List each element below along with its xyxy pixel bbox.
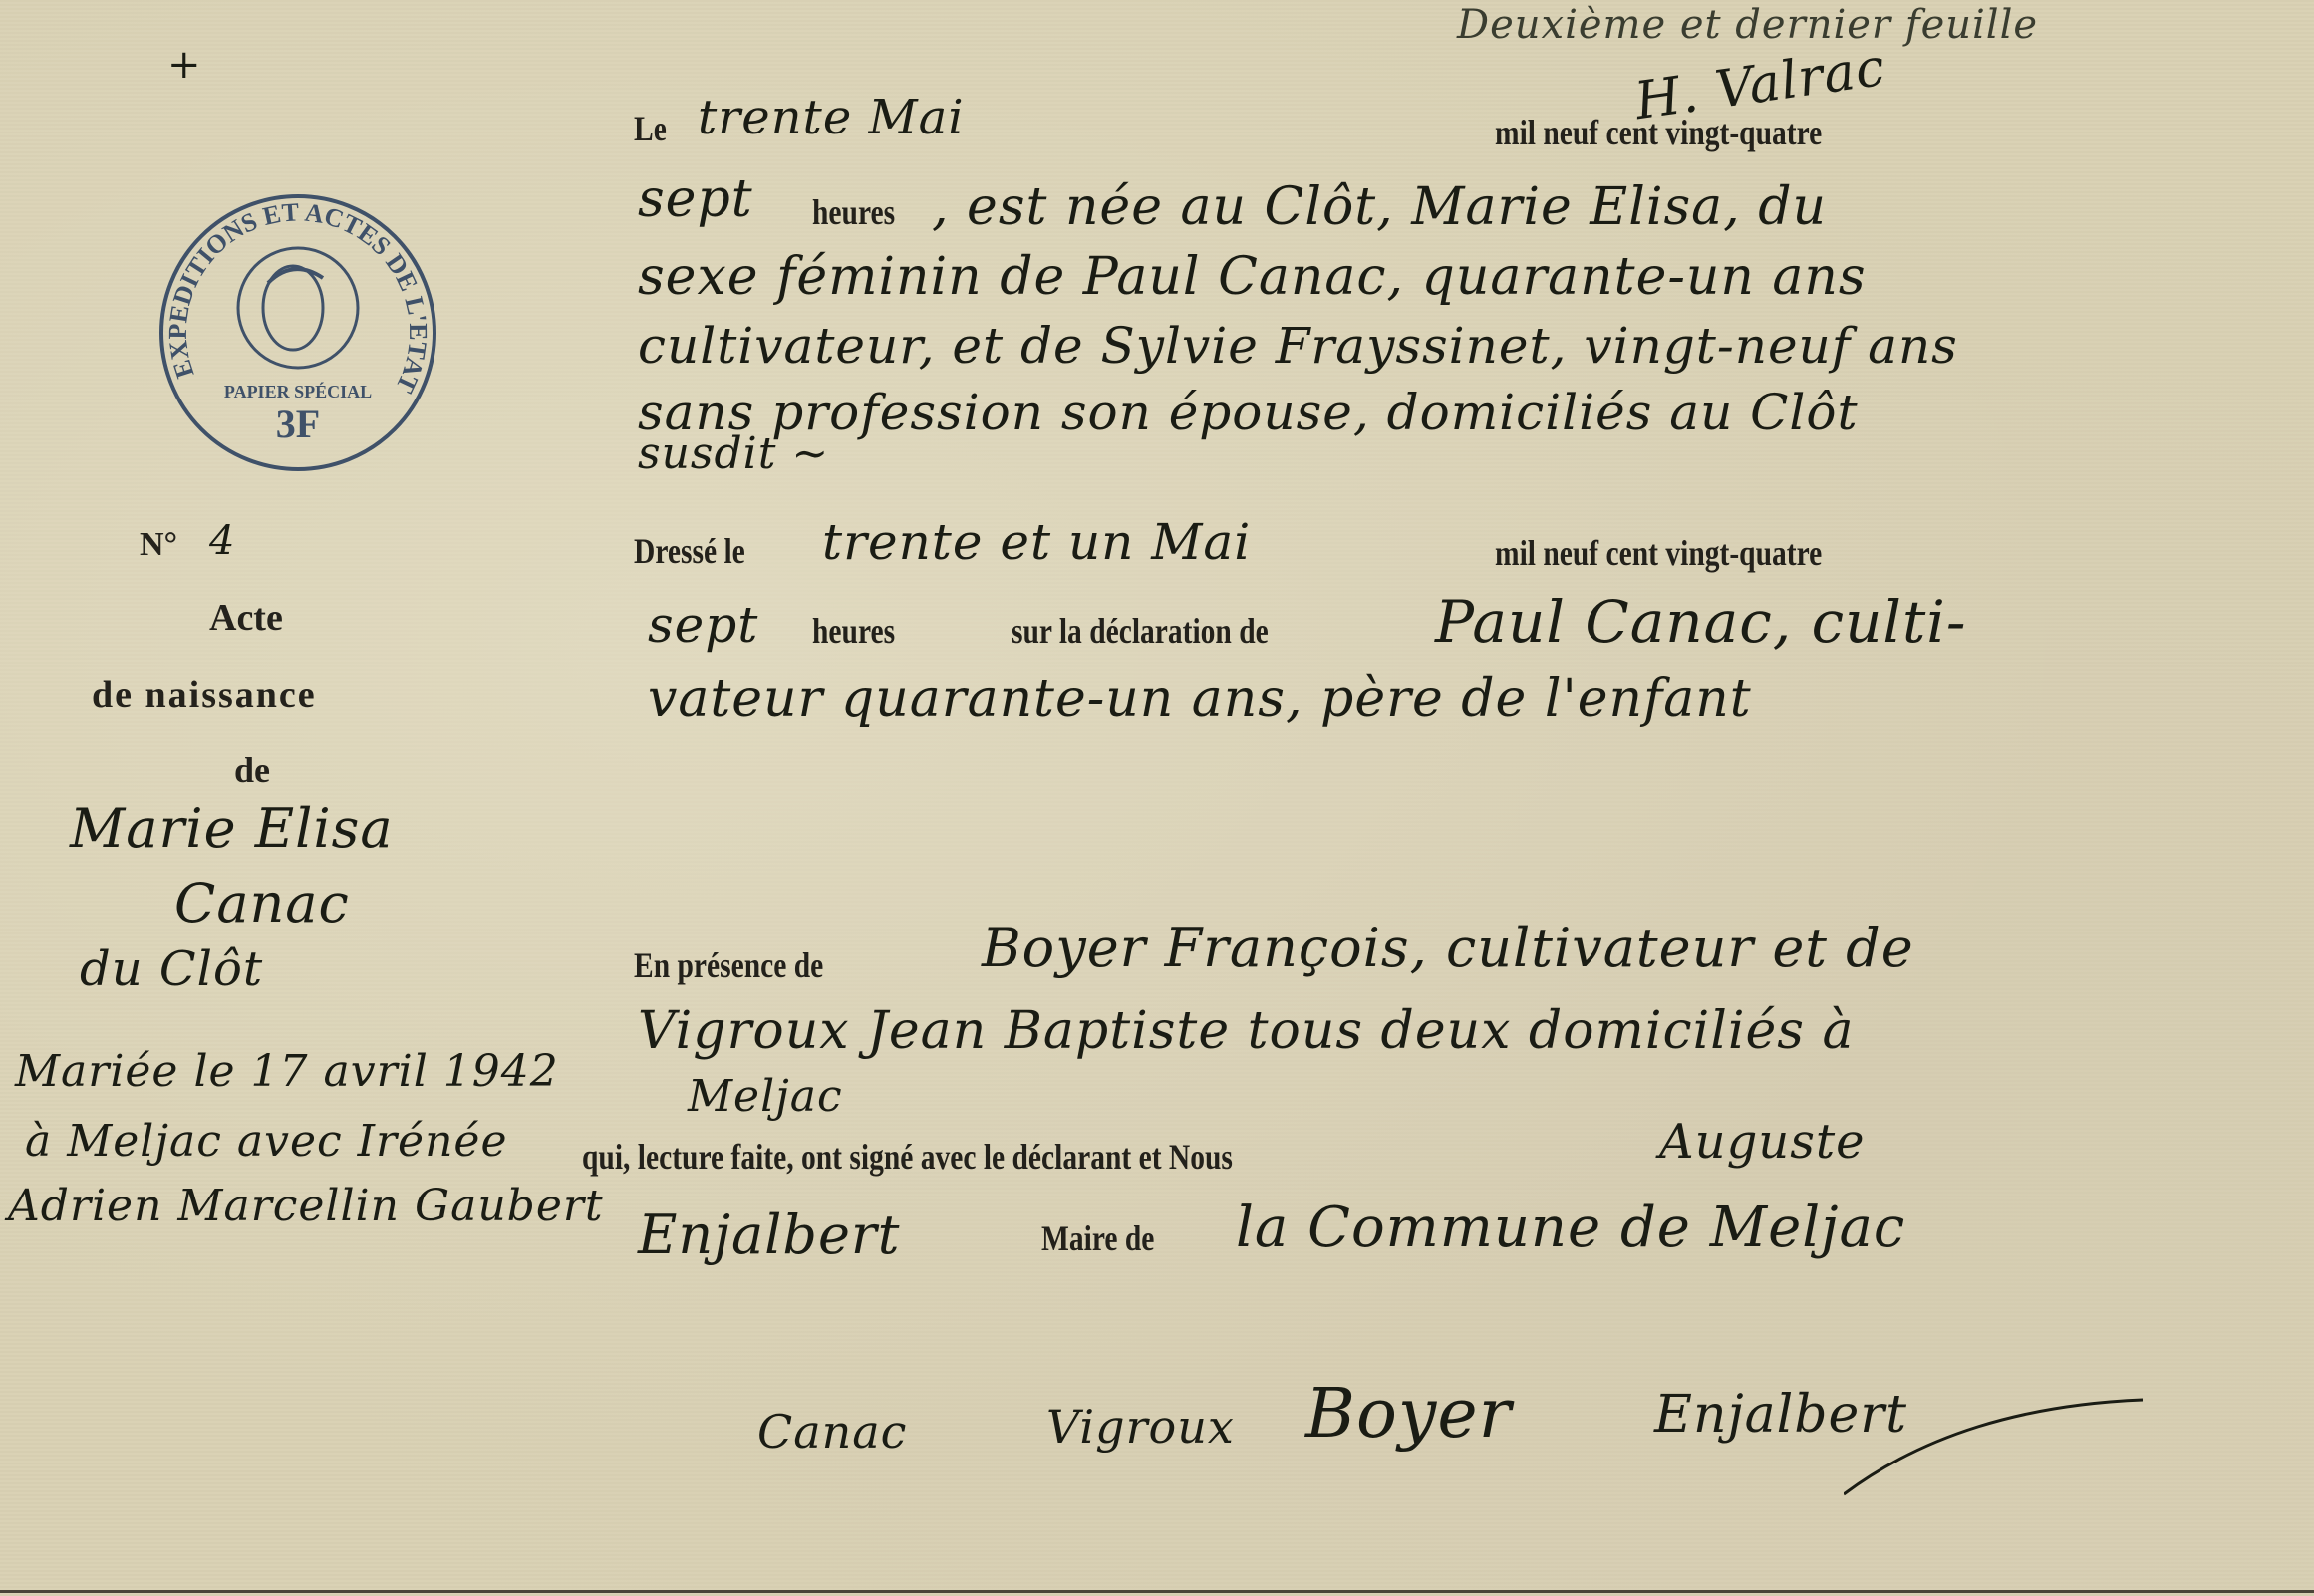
child-name-last: Canac bbox=[174, 872, 350, 934]
birth-line1: , est née au Clôt, Marie Elisa, du bbox=[932, 177, 1827, 237]
margin-note-line3: Adrien Marcellin Gaubert bbox=[8, 1181, 604, 1231]
signature-flourish-icon bbox=[1844, 1375, 2143, 1514]
signature-canac: Canac bbox=[757, 1405, 907, 1459]
printed-heures-birth: heures bbox=[812, 191, 895, 233]
act-number-value: 4 bbox=[209, 518, 235, 564]
printed-closing: qui, lecture faite, ont signé avec le dé… bbox=[582, 1136, 1233, 1178]
declarant-line2: vateur quarante-un ans, père de l'enfant bbox=[648, 669, 1752, 729]
birth-hour: sept bbox=[638, 169, 753, 229]
birth-date: trente Mai bbox=[698, 90, 965, 145]
mayor-last-name: Enjalbert bbox=[638, 1203, 900, 1266]
signature-vigroux: Vigroux bbox=[1046, 1400, 1235, 1454]
margin-note-line1: Mariée le 17 avril 1942 bbox=[15, 1046, 559, 1097]
act-title-line3: de bbox=[234, 749, 270, 791]
printed-year-drawn: mil neuf cent vingt-quatre bbox=[1495, 532, 1822, 574]
printed-le: Le bbox=[634, 108, 667, 149]
printed-heures-drawn: heures bbox=[812, 610, 895, 652]
birth-line5: susdit ~ bbox=[638, 428, 829, 479]
top-annotation: Deuxième et dernier feuille bbox=[1457, 2, 2038, 48]
page-edge bbox=[0, 1590, 2314, 1593]
printed-presence: En présence de bbox=[634, 944, 823, 986]
birth-line3: cultivateur, et de Sylvie Frayssinet, vi… bbox=[638, 317, 1958, 375]
act-title-line2: de naissance bbox=[92, 673, 317, 717]
act-title-line1: Acte bbox=[209, 596, 283, 640]
child-name-first: Marie Elisa bbox=[70, 797, 394, 860]
fiscal-stamp: EXPEDITIONS ET ACTES DE L'ETAT CIVIL PAP… bbox=[159, 194, 436, 471]
birth-line2: sexe féminin de Paul Canac, quarante-un … bbox=[638, 247, 1867, 307]
printed-dresse: Dressé le bbox=[634, 530, 745, 572]
signature-boyer: Boyer bbox=[1305, 1375, 1512, 1454]
witness-line2: Vigroux Jean Baptiste tous deux domicili… bbox=[638, 1001, 1854, 1061]
child-birthplace: du Clôt bbox=[80, 941, 263, 997]
drawn-hour: sept bbox=[648, 596, 758, 654]
stamp-ring-icon: EXPEDITIONS ET ACTES DE L'ETAT CIVIL PAP… bbox=[163, 198, 433, 467]
act-number-label: N° bbox=[140, 526, 177, 564]
witness-line3: Meljac bbox=[688, 1071, 843, 1122]
commune: la Commune de Meljac bbox=[1236, 1196, 1905, 1260]
printed-declaration: sur la déclaration de bbox=[1012, 610, 1269, 652]
mayor-first-name: Auguste bbox=[1659, 1114, 1866, 1170]
declarant: Paul Canac, culti- bbox=[1435, 588, 1966, 656]
margin-note-line2: à Meljac avec Irénée bbox=[25, 1116, 508, 1167]
svg-text:3F: 3F bbox=[276, 401, 320, 446]
corner-mark: + bbox=[167, 42, 202, 88]
printed-maire: Maire de bbox=[1041, 1217, 1154, 1259]
birth-certificate-page: + Deuxième et dernier feuille H. Valrac … bbox=[0, 0, 2314, 1596]
printed-year-birth: mil neuf cent vingt-quatre bbox=[1495, 112, 1822, 153]
witness-line1: Boyer François, cultivateur et de bbox=[982, 917, 1914, 979]
drawn-date: trente et un Mai bbox=[822, 513, 1251, 571]
svg-text:PAPIER SPÉCIAL: PAPIER SPÉCIAL bbox=[224, 381, 372, 401]
